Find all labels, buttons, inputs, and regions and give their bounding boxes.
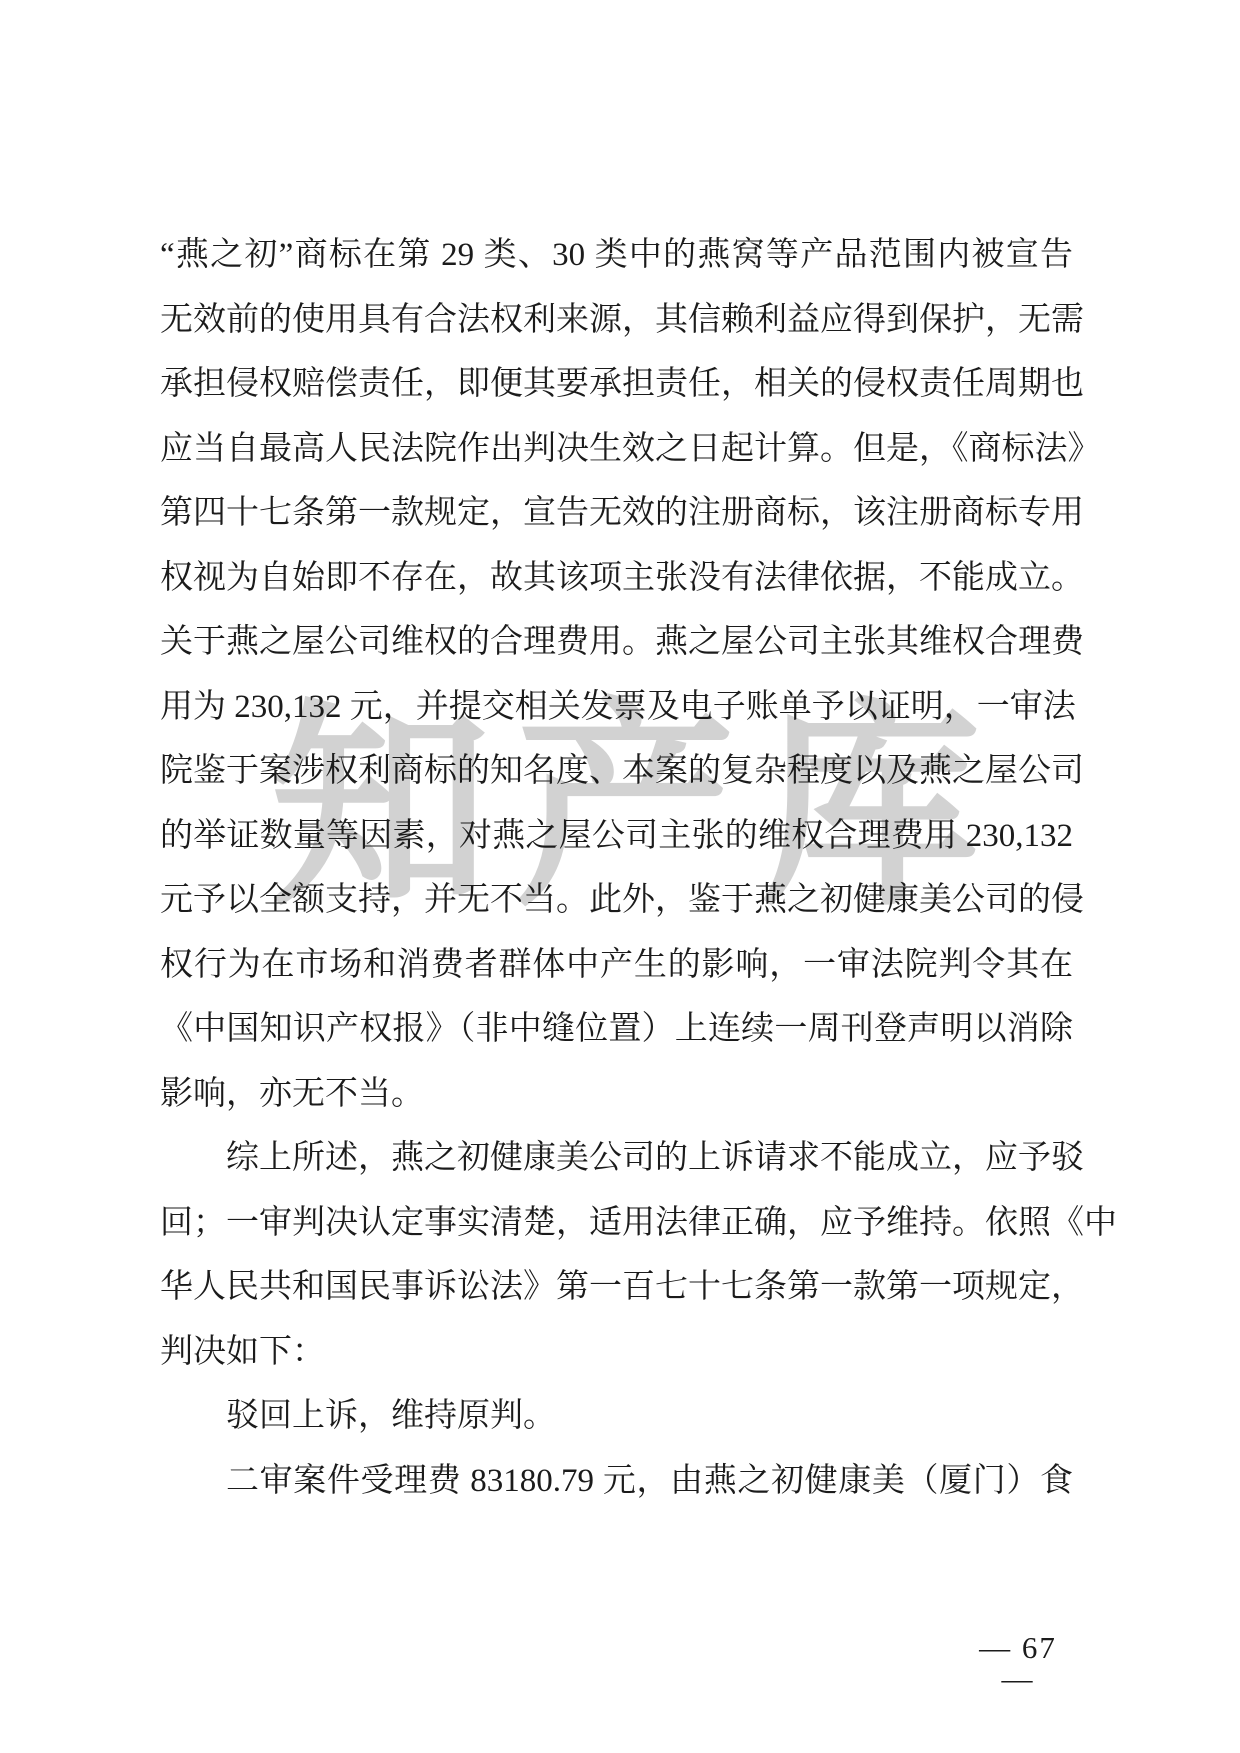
text-line: 的举证数量等因素，对燕之屋公司主张的维权合理费用 230,132 — [160, 804, 1073, 869]
text-line: 关于燕之屋公司维权的合理费用。燕之屋公司主张其维权合理费 — [160, 610, 1073, 675]
text-line: 承担侵权赔偿责任，即便其要承担责任，相关的侵权责任周期也 — [160, 352, 1073, 417]
text-line-judgment-result: 驳回上诉，维持原判。 — [160, 1384, 1073, 1449]
text-line: 应当自最高人民法院作出判决生效之日起计算。但是，《商标法》 — [160, 417, 1073, 482]
page-number: — 67 — — [958, 1632, 1078, 1694]
text-line: 《中国知识产权报》（非中缝位置）上连续一周刊登声明以消除 — [160, 997, 1073, 1062]
text-line: 第四十七条第一款规定，宣告无效的注册商标，该注册商标专用 — [160, 481, 1073, 546]
text-line: 用为 230,132 元，并提交相关发票及电子账单予以证明，一审法 — [160, 675, 1073, 740]
text-line: 无效前的使用具有合法权利来源，其信赖利益应得到保护，无需 — [160, 288, 1073, 353]
text-line-paragraph-end: 判决如下： — [160, 1320, 1073, 1385]
text-line: 华人民共和国民事诉讼法》第一百七十七条第一款第一项规定， — [160, 1255, 1073, 1320]
judgment-text-block: “燕之初”商标在第 29 类、30 类中的燕窝等产品范围内被宣告 无效前的使用具… — [160, 223, 1073, 1513]
text-line: 元予以全额支持，并无不当。此外，鉴于燕之初健康美公司的侵 — [160, 868, 1073, 933]
text-line: 权视为自始即不存在，故其该项主张没有法律依据，不能成立。 — [160, 546, 1073, 611]
text-line-paragraph-end: 影响，亦无不当。 — [160, 1062, 1073, 1127]
text-line-paragraph-start: 综上所述，燕之初健康美公司的上诉请求不能成立，应予驳 — [160, 1126, 1073, 1191]
text-line: “燕之初”商标在第 29 类、30 类中的燕窝等产品范围内被宣告 — [160, 223, 1073, 288]
text-line-paragraph-start: 二审案件受理费 83180.79 元，由燕之初健康美（厦门）食 — [160, 1449, 1073, 1514]
text-line: 回；一审判决认定事实清楚，适用法律正确，应予维持。依照《中 — [160, 1191, 1073, 1256]
text-line: 权行为在市场和消费者群体中产生的影响，一审法院判令其在 — [160, 933, 1073, 998]
document-page: 知产库 “燕之初”商标在第 29 类、30 类中的燕窝等产品范围内被宣告 无效前… — [0, 0, 1240, 1753]
text-line: 院鉴于案涉权利商标的知名度、本案的复杂程度以及燕之屋公司 — [160, 739, 1073, 804]
